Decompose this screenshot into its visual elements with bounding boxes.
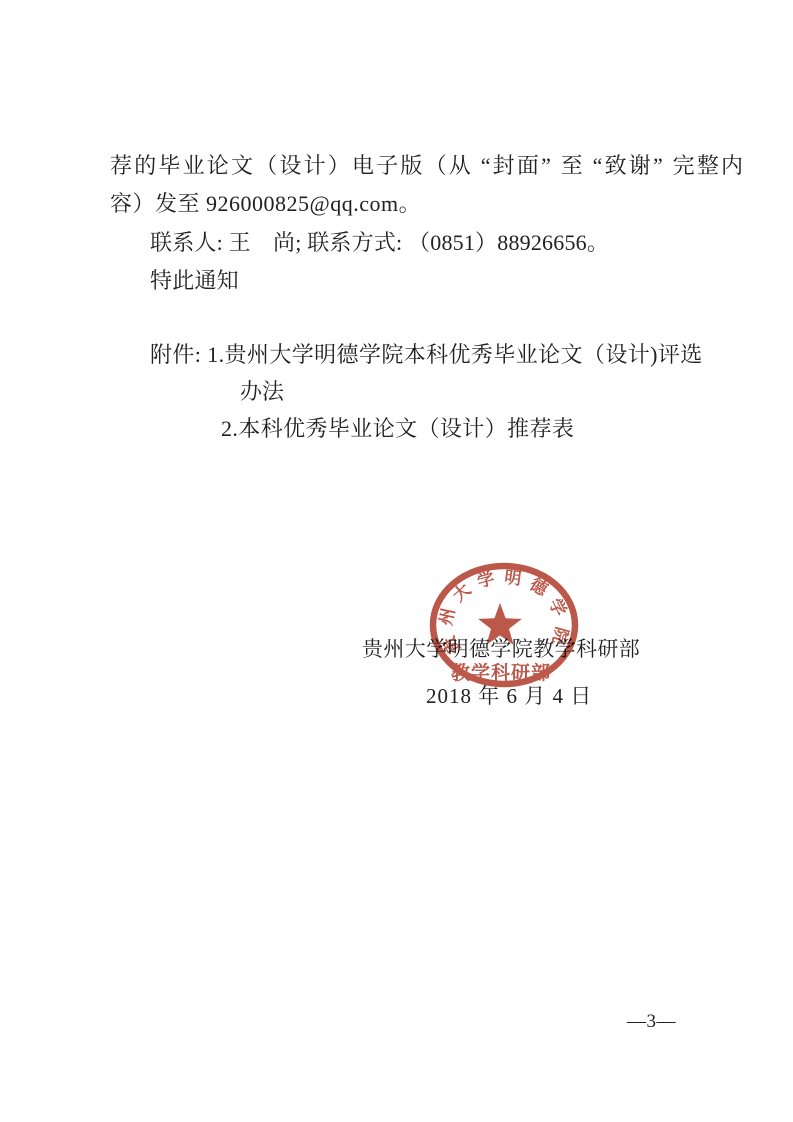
attachment-item-2: 2.本科优秀毕业论文（设计）推荐表 — [221, 416, 574, 441]
notice-line: 特此通知 — [150, 268, 239, 293]
body-line-2: 容）发至 926000825@qq.com。 — [110, 191, 421, 216]
page-number: —3— — [627, 1011, 676, 1033]
contact-line: 联系人: 王 尚; 联系方式: （0851）88926656。 — [150, 230, 609, 255]
document-page: 荐的毕业论文（设计）电子版（从 “封面” 至 “致谢” 完整内 容）发至 926… — [0, 0, 793, 1122]
seal-star-icon — [478, 603, 522, 645]
attachment-line-1: 附件: 1.贵州大学明德学院本科优秀毕业论文（设计)评选 — [150, 342, 703, 367]
attachment-line-1-wrap: 办法 — [240, 379, 284, 404]
seal-department-text: 教学科研部 — [451, 661, 551, 684]
body-line-1: 荐的毕业论文（设计）电子版（从 “封面” 至 “致谢” 完整内 — [110, 153, 745, 178]
official-seal-stamp: 贵州大学明德学院 教学科研部 — [426, 560, 582, 692]
